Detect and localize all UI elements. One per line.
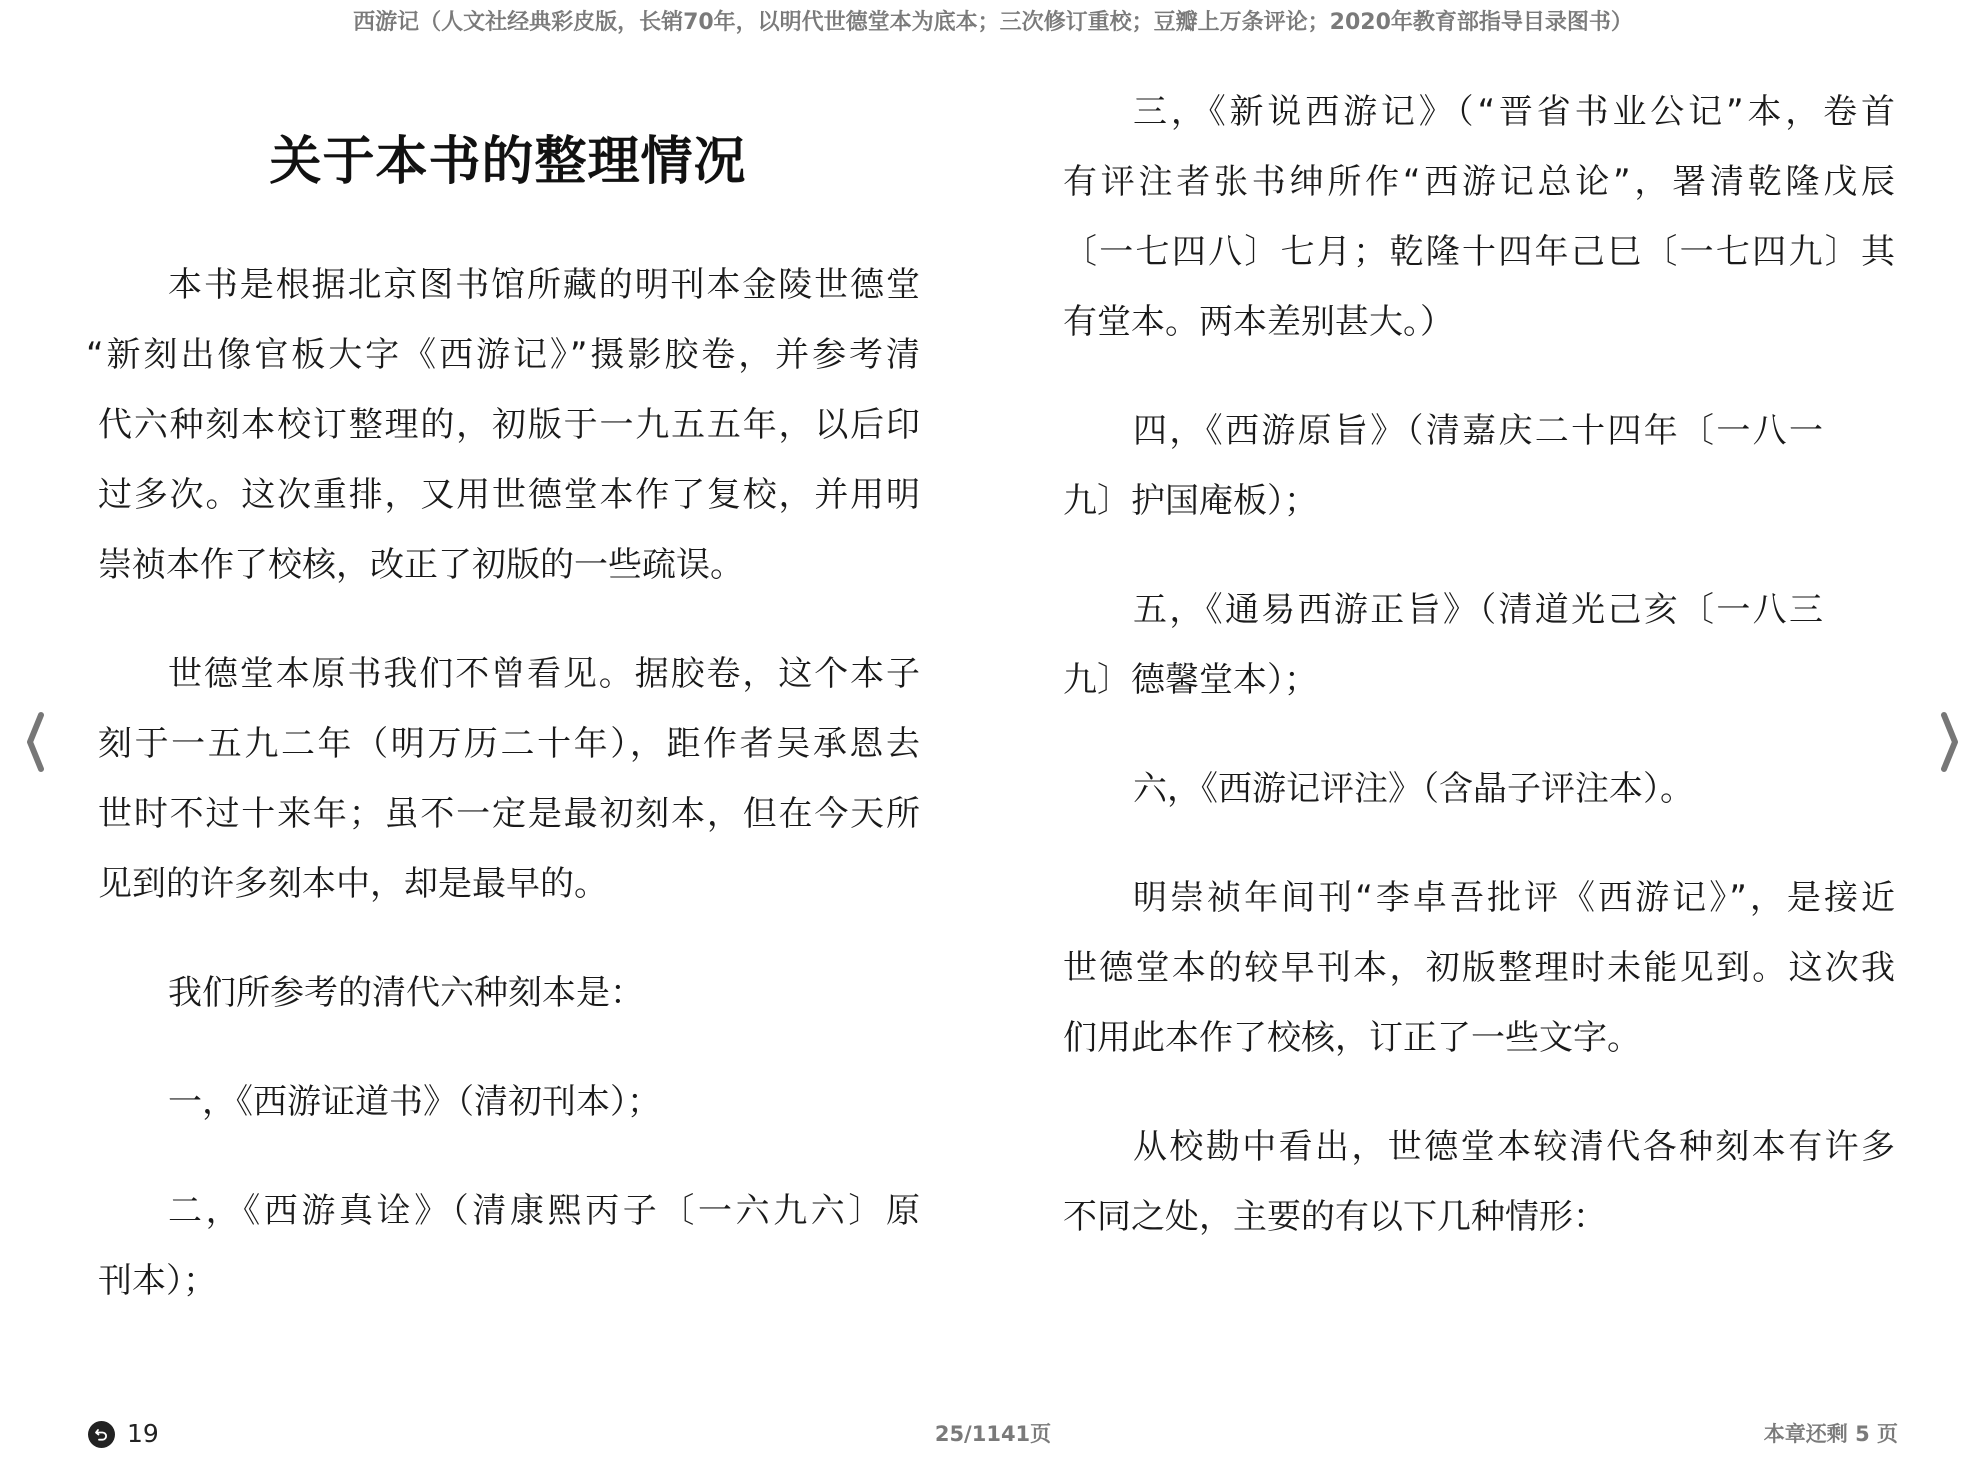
text-line: 九〕护国庵板）； [1063,466,1895,536]
paragraph: 二，《西游真诠》（清康熙丙子〔一六九六〕原 刊本）； [98,1176,920,1316]
paragraph: 三，《新说西游记》（“晋省书业公记”本，卷首 有评注者张书绅所作“西游记总论”，… [1063,77,1895,357]
text-line: 从校勘中看出，世德堂本较清代各种刻本有许多 [1063,1112,1895,1182]
chapter-title: 关于本书的整理情况 [98,130,918,194]
left-page-column: 本书是根据北京图书馆所藏的明刊本金陵世德堂 “新刻出像官板大字《西游记》”摄影胶… [98,250,920,1355]
paragraph: 我们所参考的清代六种刻本是： [98,958,920,1028]
text-line: “新刻出像官板大字《西游记》”摄影胶卷，并参考清 [86,320,920,390]
text-line: 见到的许多刻本中，却是最早的。 [98,849,920,919]
text-line: 四，《西游原旨》（清嘉庆二十四年〔一八一 [1063,396,1823,466]
text-line: 六，《西游记评注》（含晶子评注本）。 [1063,754,1895,824]
right-page-column: 三，《新说西游记》（“晋省书业公记”本，卷首 有评注者张书绅所作“西游记总论”，… [1063,77,1895,1291]
text-line: 五，《通易西游正旨》（清道光己亥〔一八三 [1063,575,1823,645]
paragraph: 五，《通易西游正旨》（清道光己亥〔一八三 九〕德馨堂本）； [1063,575,1895,715]
text-line: 二，《西游真诠》（清康熙丙子〔一六九六〕原 [98,1176,920,1246]
paragraph: 世德堂本原书我们不曾看见。据胶卷，这个本子 刻于一五九二年（明万历二十年），距作… [98,639,920,919]
chapter-remaining-pages: 本章还剩 5 页 [1764,1418,1898,1450]
text-line: 刻于一五九二年（明万历二十年），距作者吴承恩去 [98,709,920,779]
text-line: 明崇祯年间刊“李卓吾批评《西游记》”，是接近 [1063,863,1895,933]
text-line: 三，《新说西游记》（“晋省书业公记”本，卷首 [1063,77,1895,147]
text-line: 九〕德馨堂本）； [1063,645,1895,715]
text-line: 崇祯本作了校核，改正了初版的一些疏误。 [98,530,920,600]
text-line: 世德堂本的较早刊本，初版整理时未能见到。这次我 [1063,933,1895,1003]
text-line: 世德堂本原书我们不曾看见。据胶卷，这个本子 [98,639,920,709]
text-line: 不同之处，主要的有以下几种情形： [1063,1182,1895,1252]
text-line: 们用此本作了校核，订正了一些文字。 [1063,1003,1895,1073]
paragraph: 四，《西游原旨》（清嘉庆二十四年〔一八一 九〕护国庵板）； [1063,396,1895,536]
chevron-left-icon [20,710,50,774]
paragraph: 本书是根据北京图书馆所藏的明刊本金陵世德堂 “新刻出像官板大字《西游记》”摄影胶… [98,250,920,600]
text-line: 过多次。这次重排，又用世德堂本作了复校，并用明 [98,460,920,530]
page-indicator: 25/1141页 [0,1418,1986,1450]
paragraph: 一，《西游证道书》（清初刊本）； [98,1067,920,1137]
text-line: 一，《西游证道书》（清初刊本）； [98,1067,920,1137]
paragraph: 从校勘中看出，世德堂本较清代各种刻本有许多 不同之处，主要的有以下几种情形： [1063,1112,1895,1252]
chevron-right-icon [1935,710,1965,774]
text-line: 刊本）； [98,1246,920,1316]
text-line: 〔一七四八〕七月；乾隆十四年己巳〔一七四九〕其 [1063,217,1895,287]
text-line: 代六种刻本校订整理的，初版于一九五五年，以后印 [98,390,920,460]
next-page-button[interactable] [1935,710,1965,774]
paragraph: 明崇祯年间刊“李卓吾批评《西游记》”，是接近 世德堂本的较早刊本，初版整理时未能… [1063,863,1895,1073]
paragraph: 六，《西游记评注》（含晶子评注本）。 [1063,754,1895,824]
text-line: 世时不过十来年；虽不一定是最初刻本，但在今天所 [98,779,920,849]
text-line: 有堂本。两本差别甚大。） [1063,287,1895,357]
previous-page-button[interactable] [20,710,50,774]
text-line: 有评注者张书绅所作“西游记总论”，署清乾隆戊辰 [1063,147,1895,217]
book-title-header: 西游记（人文社经典彩皮版，长销70年，以明代世德堂本为底本；三次修订重校；豆瓣上… [0,8,1986,38]
text-line: 我们所参考的清代六种刻本是： [98,958,920,1028]
text-line: 本书是根据北京图书馆所藏的明刊本金陵世德堂 [98,250,920,320]
